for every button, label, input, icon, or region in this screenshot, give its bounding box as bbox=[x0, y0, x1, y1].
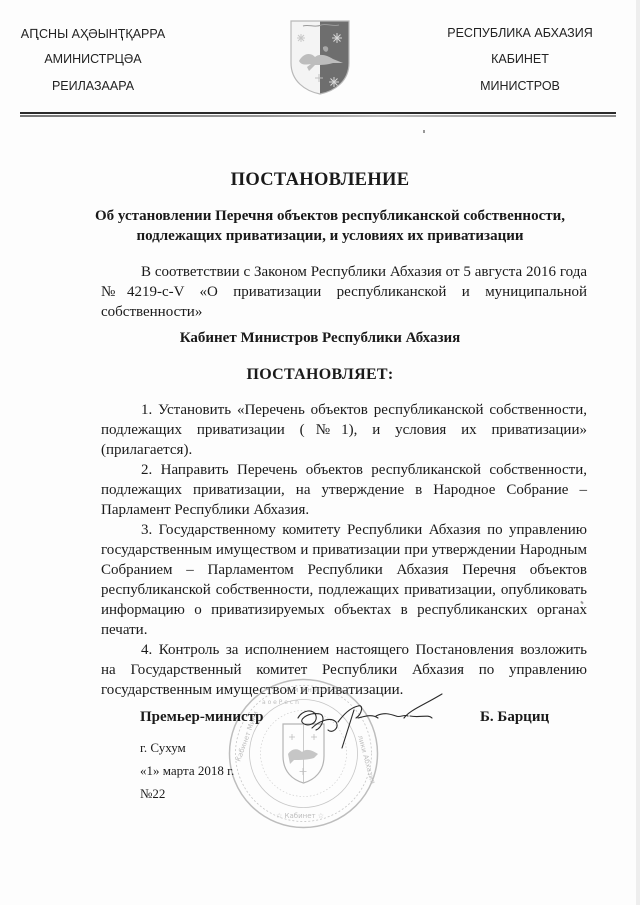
preamble-paragraph: В соответствии с Законом Республики Абха… bbox=[101, 262, 587, 322]
document-subtitle: Об установлении Перечня объектов республ… bbox=[60, 206, 600, 246]
coat-of-arms-icon bbox=[289, 19, 351, 95]
decrees-heading: ПОСТАНОВЛЯЕТ: bbox=[0, 366, 640, 384]
subtitle-line-2: подлежащих приватизации, и условиях их п… bbox=[60, 226, 600, 246]
document-page: АԤСНЫ АҲӘЫНҬҚАРРА АМИНИСТРЦӘА РЕИЛАЗААРА bbox=[0, 0, 640, 905]
letterhead-abkhaz-line1: АԤСНЫ АҲӘЫНҬҚАРРА bbox=[0, 26, 186, 41]
document-type-title: ПОСТАНОВЛЕНИЕ bbox=[0, 170, 640, 191]
handwritten-signature-icon bbox=[292, 688, 452, 758]
issuer-heading: Кабинет Министров Республики Абхазия bbox=[0, 330, 640, 347]
preamble-text: В соответствии с Законом Республики Абха… bbox=[101, 262, 587, 322]
letterhead-russian-line1: РЕСПУБЛИКА АБХАЗИЯ bbox=[425, 26, 615, 40]
letterhead-abkhaz-line3: РЕИЛАЗААРА bbox=[0, 79, 186, 93]
letterhead-russian-line3: МИНИСТРОВ bbox=[425, 79, 615, 93]
decree-item-3: 3. Государственному комитету Республики … bbox=[101, 520, 587, 640]
decree-item-2: 2. Направить Перечень объектов республик… bbox=[101, 460, 587, 520]
decree-item-1: 1. Установить «Перечень объектов республ… bbox=[101, 400, 587, 460]
letterhead-abkhaz-line2: АМИНИСТРЦӘА bbox=[0, 52, 186, 66]
issue-city: г. Сухум bbox=[140, 740, 186, 756]
signer-name: Б. Барциц bbox=[480, 709, 549, 726]
issue-date: «1» марта 2018 г. bbox=[140, 763, 234, 779]
scan-edge bbox=[636, 0, 640, 905]
subtitle-line-1: Об установлении Перечня объектов республ… bbox=[60, 206, 600, 226]
letterhead-divider-top bbox=[20, 112, 616, 114]
decree-items: 1. Установить «Перечень объектов республ… bbox=[101, 400, 587, 700]
letterhead-divider-bottom bbox=[20, 115, 616, 117]
scan-speck bbox=[423, 130, 425, 133]
document-number: №22 bbox=[140, 786, 165, 802]
letterhead-russian-line2: КАБИНЕТ bbox=[425, 52, 615, 66]
signer-position: Премьер-министр bbox=[140, 709, 264, 726]
svg-text:☆ Кабинет ☆: ☆ Кабинет ☆ bbox=[276, 812, 324, 820]
